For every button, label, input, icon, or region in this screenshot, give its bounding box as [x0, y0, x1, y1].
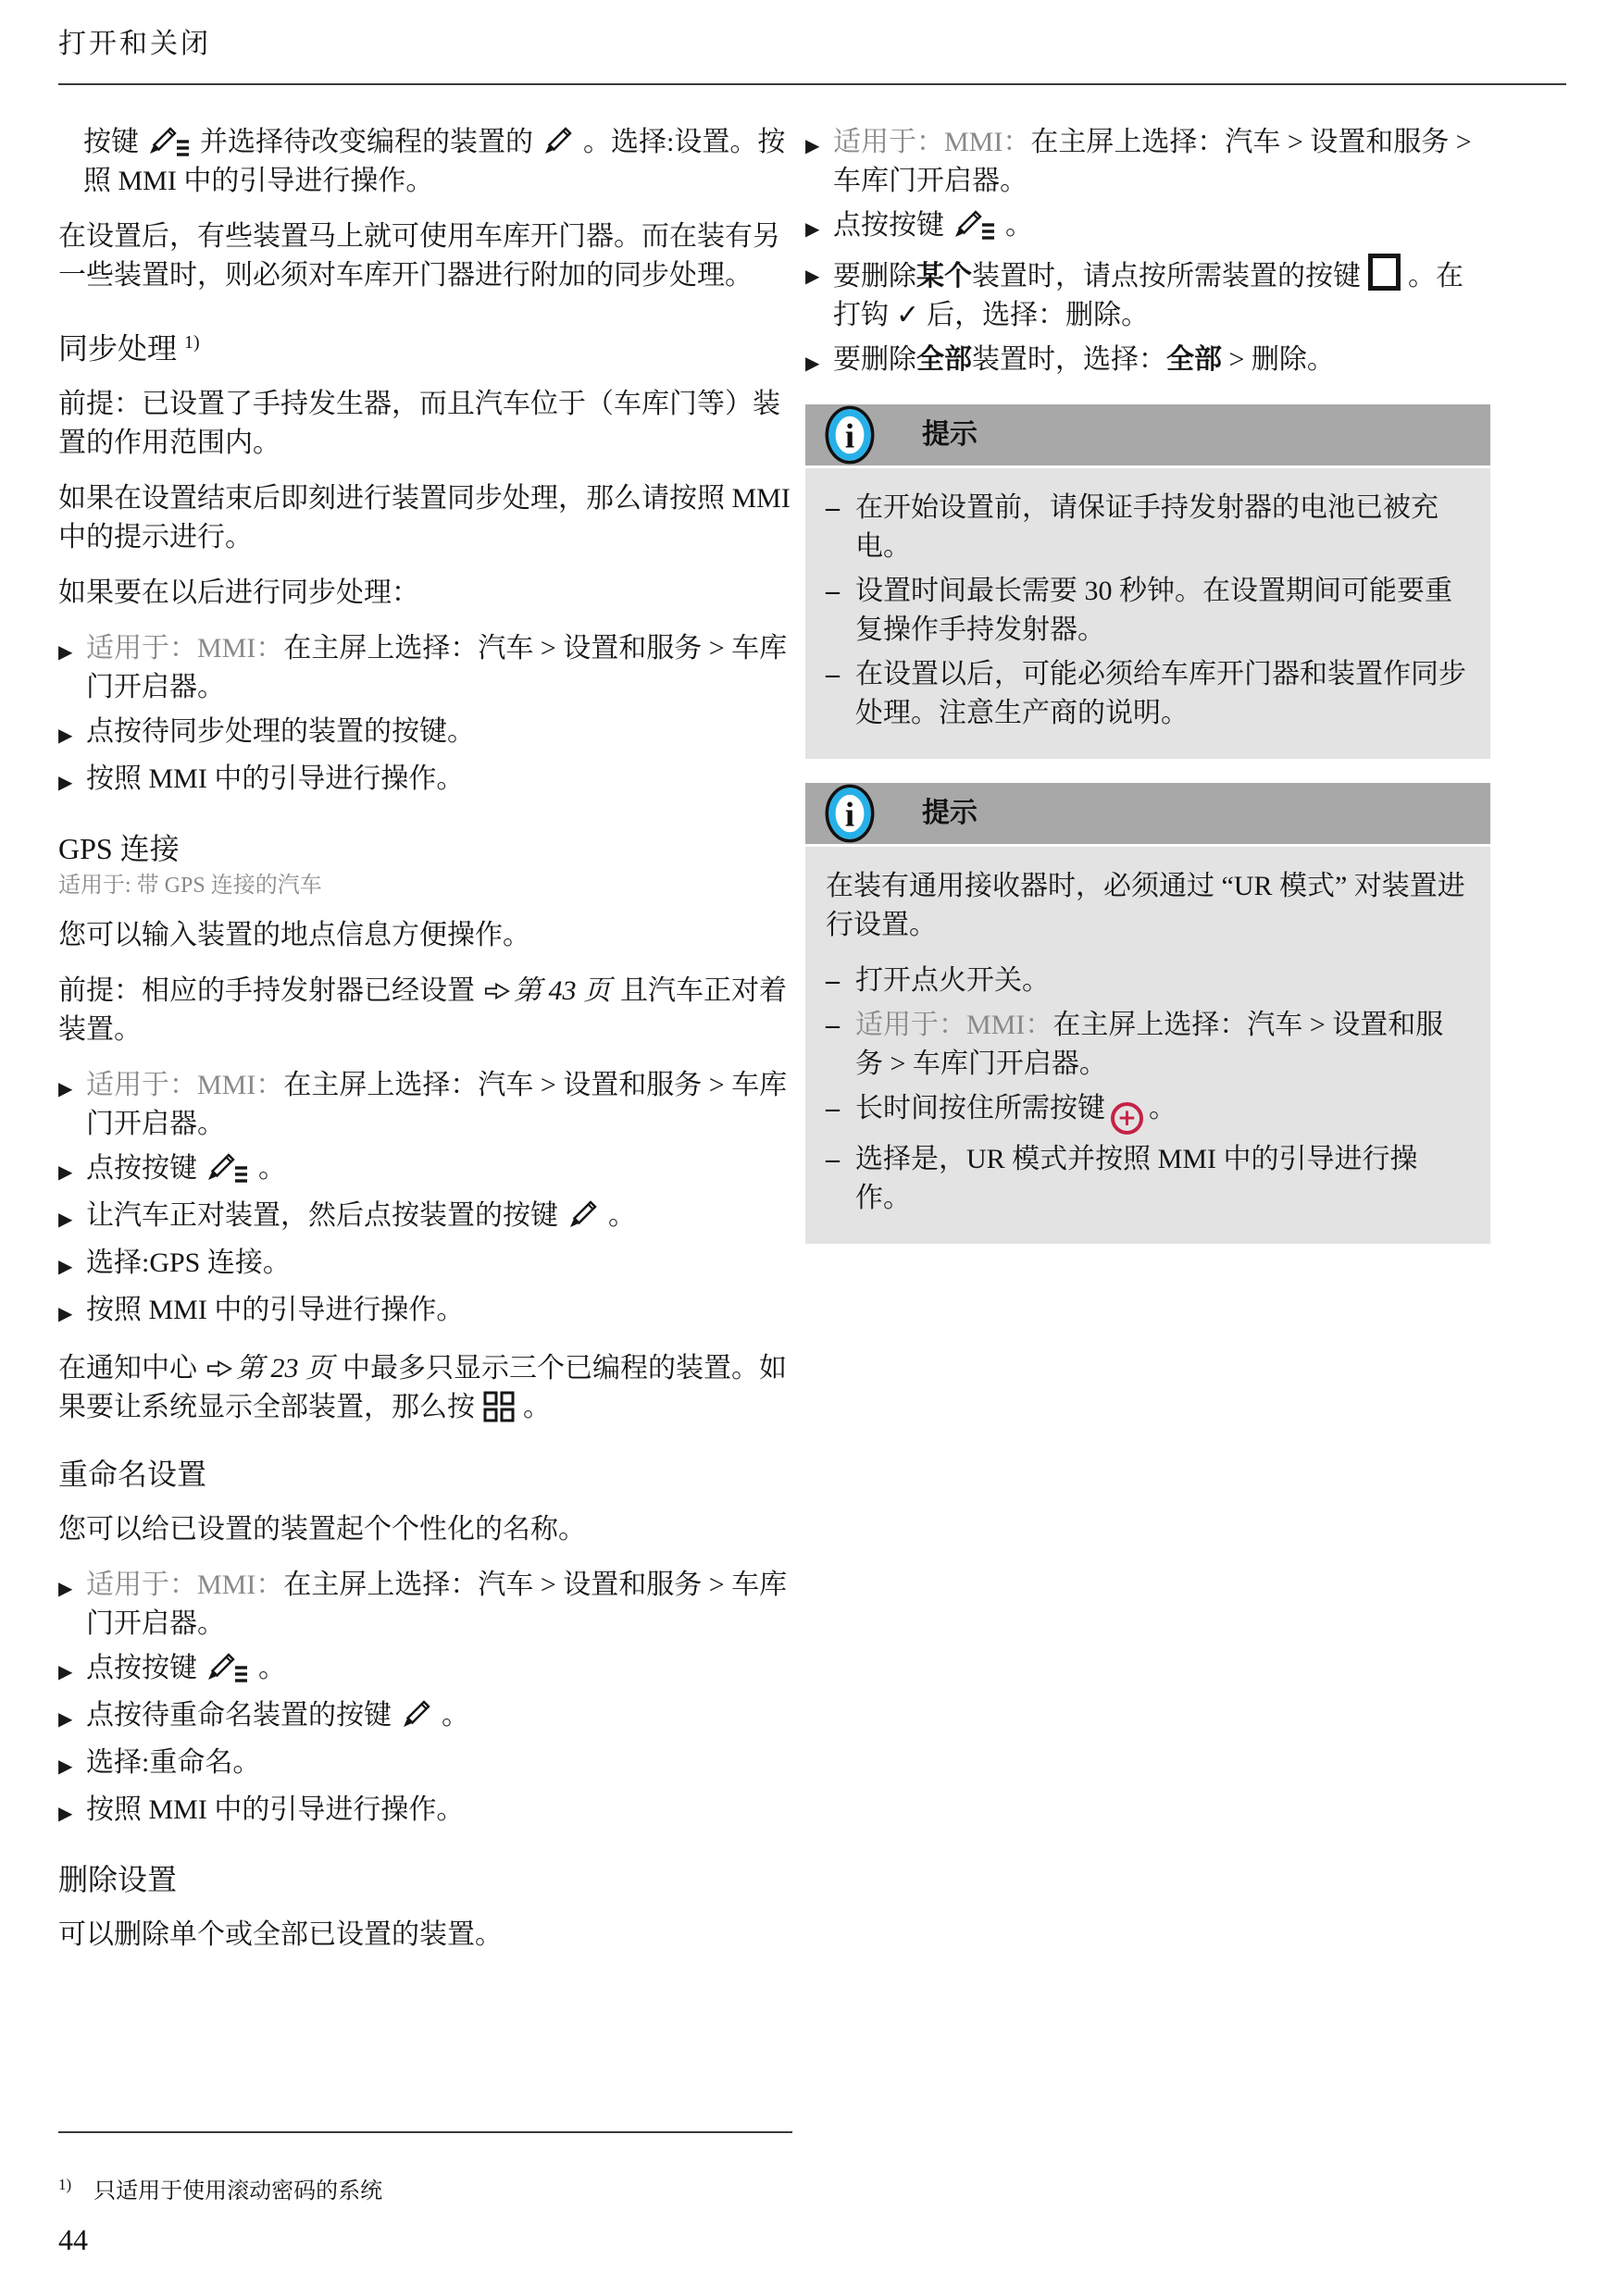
list-item-text: 要删除全部装置时，选择：全部 > 删除。: [833, 341, 1490, 382]
list-item-text: 点按待同步处理的装置的按键。: [86, 713, 791, 754]
running-header: 打开和关闭: [58, 20, 211, 61]
paragraph: 前提：相应的手持发射器已经设置第 43 页且汽车正对着装置。: [58, 972, 791, 1049]
info-icon: i: [824, 405, 876, 465]
text: 可以删除单个或全部已设置的装置。: [58, 1919, 503, 1950]
list-item: ▶ 适用于：MMI：在主屏上选择：汽车 > 设置和服务 > 车库门开启器。: [58, 1066, 791, 1144]
triangle-bullet-icon: ▶: [58, 1149, 86, 1191]
pencil-icon: [399, 1696, 434, 1731]
text: 。: [258, 1653, 286, 1683]
svg-text:i: i: [845, 796, 854, 834]
bullet-list-rename: ▶ 适用于：MMI：在主屏上选择：汽车 > 设置和服务 > 车库门开启器。 ▶ …: [58, 1566, 791, 1832]
triangle-bullet-icon: ▶: [805, 254, 833, 335]
text: 点按按键: [86, 1653, 197, 1683]
text: 。: [258, 1153, 286, 1184]
list-item: ▶ 要删除某个装置时，请点按所需装置的按键。在打钩✓后，选择：删除。: [805, 254, 1490, 335]
page-reference: 第 23 页: [206, 1353, 333, 1384]
footnote-rule: [58, 2131, 792, 2133]
pencil-icon: [541, 123, 576, 158]
page-title: 打开和关闭: [58, 29, 211, 59]
list-item: ▶ 点按按键。: [58, 1649, 791, 1691]
triangle-bullet-icon: ▶: [58, 1291, 86, 1333]
note-item-text: 在开始设置前，请保证手持发射器的电池已被充电。: [855, 489, 1466, 566]
note-intro: 在装有通用接收器时，必须通过 “UR 模式” 对装置进行设置。: [826, 867, 1466, 945]
note-box-1: i 提示 – 在开始设置前，请保证手持发射器的电池已被充电。 – 设置时间最长需…: [805, 404, 1490, 759]
paragraph: 可以删除单个或全部已设置的装置。: [58, 1916, 791, 1955]
page-ref-text: 第 43 页: [514, 975, 611, 1006]
note-item: – 在开始设置前，请保证手持发射器的电池已被充电。: [826, 489, 1466, 566]
paragraph: 前提：已设置了手持发生器，而且汽车位于（车库门等）装置的作用范围内。: [58, 385, 791, 463]
pencil-list-icon: [952, 206, 998, 242]
list-item-text: 点按按键。: [86, 1649, 791, 1691]
list-item: ▶ 按照 MMI 中的引导进行操作。: [58, 760, 791, 801]
dash-marker: –: [826, 655, 855, 733]
triangle-bullet-icon: ▶: [805, 123, 833, 201]
triangle-bullet-icon: ▶: [805, 206, 833, 248]
note-box-2: i 提示 在装有通用接收器时，必须通过 “UR 模式” 对装置进行设置。 – 打…: [805, 783, 1490, 1244]
triangle-bullet-icon: ▶: [58, 1566, 86, 1644]
list-item: ▶ 点按按键。: [58, 1149, 791, 1191]
bullet-list-sync: ▶ 适用于：MMI：在主屏上选择：汽车 > 设置和服务 > 车库门开启器。 ▶ …: [58, 629, 791, 801]
applies-label: 适用于：MMI：: [855, 1010, 1052, 1040]
check-icon: ✓: [896, 299, 919, 331]
text: 点按待重命名装置的按键: [86, 1700, 392, 1731]
heading-text: 同步处理: [58, 332, 177, 366]
delete-checkbox-icon: [1368, 254, 1401, 291]
note-body: – 在开始设置前，请保证手持发射器的电池已被充电。 – 设置时间最长需要 30 …: [805, 468, 1490, 759]
note-item: – 长时间按住所需按键+。: [826, 1089, 1466, 1135]
text: 。: [1005, 210, 1033, 241]
note-body: 在装有通用接收器时，必须通过 “UR 模式” 对装置进行设置。 – 打开点火开关…: [805, 847, 1490, 1244]
list-item-text: 选择:GPS 连接。: [86, 1244, 791, 1285]
applies-label: 适用于：MMI：: [86, 1070, 283, 1100]
page-ref-arrow-icon: [484, 980, 510, 1002]
plus-glyph: +: [1117, 1098, 1137, 1137]
paragraph: 您可以给已设置的装置起个个性化的名称。: [58, 1510, 791, 1549]
text: 并选择待改变编程的装置的: [200, 127, 533, 157]
dash-marker: –: [826, 1006, 855, 1084]
text: 前提：已设置了手持发生器，而且汽车位于（车库门等）装置的作用范围内。: [58, 389, 780, 458]
manual-page: 打开和关闭 按键并选择待改变编程的装置的。选择:设置。按照 MMI 中的引导进行…: [0, 0, 1619, 2296]
paragraph: 您可以输入装置的地点信息方便操作。: [58, 916, 791, 955]
list-item: ▶ 按照 MMI 中的引导进行操作。: [58, 1791, 791, 1832]
pencil-list-icon: [205, 1649, 251, 1684]
note-title: 提示: [922, 416, 978, 454]
text: 让汽车正对装置，然后点按装置的按键: [86, 1200, 558, 1231]
note-item-text: 选择是，UR 模式并按照 MMI 中的引导进行操作。: [855, 1140, 1466, 1218]
list-item-text: 要删除某个装置时，请点按所需装置的按键。在打钩✓后，选择：删除。: [833, 254, 1490, 335]
list-item: ▶ 适用于：MMI：在主屏上选择：汽车 > 设置和服务 > 车库门开启器。: [58, 1566, 791, 1644]
text: 长时间按住所需按键: [855, 1093, 1105, 1123]
text: 按键: [83, 127, 139, 157]
list-item-text: 适用于：MMI：在主屏上选择：汽车 > 设置和服务 > 车库门开启器。: [86, 1066, 791, 1144]
note-item-text: 适用于：MMI：在主屏上选择：汽车 > 设置和服务 > 车库门开启器。: [855, 1006, 1466, 1084]
emphasis-text: 全部: [1166, 344, 1222, 375]
note-item-text: 在设置以后，可能必须给车库开门器和装置作同步处理。注意生产商的说明。: [855, 655, 1466, 733]
list-item-text: 按照 MMI 中的引导进行操作。: [86, 760, 791, 801]
emphasis-text: 某个: [916, 261, 972, 292]
note-item-text: 设置时间最长需要 30 秒钟。在设置期间可能要重复操作手持发射器。: [855, 572, 1466, 650]
triangle-bullet-icon: ▶: [58, 629, 86, 707]
dash-marker: –: [826, 962, 855, 1000]
note-item: – 选择是，UR 模式并按照 MMI 中的引导进行操作。: [826, 1140, 1466, 1218]
triangle-bullet-icon: ▶: [58, 1244, 86, 1285]
pencil-list-icon: [205, 1149, 251, 1185]
list-item: ▶ 按照 MMI 中的引导进行操作。: [58, 1291, 791, 1333]
pencil-list-icon: [146, 123, 193, 158]
note-header: i 提示: [805, 404, 1490, 465]
paragraph: 在设置后，有些装置马上就可使用车库开门器。而在装有另一些装置时，则必须对车库开门…: [58, 217, 791, 295]
plus-circle-icon: +: [1111, 1102, 1143, 1135]
note-item: – 打开点火开关。: [826, 962, 1466, 1000]
triangle-bullet-icon: ▶: [58, 760, 86, 801]
grid-all-icon: [482, 1390, 516, 1423]
page-ref-text: 第 23 页: [236, 1353, 333, 1384]
text: 。: [523, 1392, 551, 1422]
text: 。: [608, 1200, 636, 1231]
heading-text: 删除设置: [58, 1863, 177, 1896]
paragraph: 如果要在以后进行同步处理：: [58, 574, 791, 613]
section-heading-sync: 同步处理 1): [58, 323, 791, 368]
section-heading-gps: GPS 连接: [58, 829, 791, 868]
info-icon: i: [824, 784, 876, 843]
note-item-text: 打开点火开关。: [855, 962, 1466, 1000]
text: 点按按键: [833, 210, 944, 241]
paragraph: 如果在设置结束后即刻进行装置同步处理，那么请按照 MMI 中的提示进行。: [58, 479, 791, 557]
text: 如果要在以后进行同步处理：: [58, 577, 419, 608]
page-number: 44: [58, 2223, 88, 2257]
page-reference: 第 43 页: [484, 975, 611, 1006]
text: 后，选择：删除。: [927, 300, 1149, 330]
section-heading-rename: 重命名设置: [58, 1455, 791, 1494]
triangle-bullet-icon: ▶: [58, 713, 86, 754]
section-heading-delete: 删除设置: [58, 1860, 791, 1899]
note-title: 提示: [922, 794, 978, 833]
list-item-text: 适用于：MMI：在主屏上选择：汽车 > 设置和服务 > 车库门开启器。: [86, 1566, 791, 1644]
text: 要删除: [833, 344, 916, 375]
text: 您可以输入装置的地点信息方便操作。: [58, 920, 530, 950]
list-item-text: 点按按键。: [833, 206, 1490, 248]
text: 要删除: [833, 261, 916, 292]
list-item-text: 按照 MMI 中的引导进行操作。: [86, 1291, 791, 1333]
list-item-text: 选择:重命名。: [86, 1744, 791, 1785]
list-item-text: 点按按键。: [86, 1149, 791, 1191]
list-item-text: 让汽车正对装置，然后点按装置的按键。: [86, 1197, 791, 1238]
footnote-marker: 1): [58, 2176, 71, 2193]
text: 在设置后，有些装置马上就可使用车库开门器。而在装有另一些装置时，则必须对车库开门…: [58, 221, 780, 291]
bullet-list-gps: ▶ 适用于：MMI：在主屏上选择：汽车 > 设置和服务 > 车库门开启器。 ▶ …: [58, 1066, 791, 1333]
text: 前提：相应的手持发射器已经设置: [58, 975, 475, 1006]
list-item: ▶ 适用于：MMI：在主屏上选择：汽车 > 设置和服务 > 车库门开启器。: [805, 123, 1490, 201]
right-column: ▶ 适用于：MMI：在主屏上选择：汽车 > 设置和服务 > 车库门开启器。 ▶ …: [805, 123, 1490, 1268]
triangle-bullet-icon: ▶: [58, 1791, 86, 1832]
text: 装置时，请点按所需装置的按键: [972, 261, 1361, 292]
list-item: ▶ 点按按键。: [805, 206, 1490, 248]
page-ref-arrow-icon: [206, 1358, 232, 1380]
triangle-bullet-icon: ▶: [58, 1696, 86, 1738]
list-item-text: 适用于：MMI：在主屏上选择：汽车 > 设置和服务 > 车库门开启器。: [86, 629, 791, 707]
applies-label: 适用于：MMI：: [86, 633, 283, 664]
text: 点按按键: [86, 1153, 197, 1184]
list-item-text: 适用于：MMI：在主屏上选择：汽车 > 设置和服务 > 车库门开启器。: [833, 123, 1490, 201]
footnote-text: 只适用于使用滚动密码的系统: [93, 2179, 382, 2203]
note-item: – 在设置以后，可能必须给车库开门器和装置作同步处理。注意生产商的说明。: [826, 655, 1466, 733]
pencil-icon: [566, 1197, 601, 1232]
list-item: ▶ 点按待同步处理的装置的按键。: [58, 713, 791, 754]
applies-label: 适用于：MMI：: [833, 127, 1030, 157]
dash-marker: –: [826, 1140, 855, 1218]
list-item: ▶ 让汽车正对装置，然后点按装置的按键。: [58, 1197, 791, 1238]
heading-text: 重命名设置: [58, 1458, 206, 1491]
triangle-bullet-icon: ▶: [58, 1197, 86, 1238]
svg-text:i: i: [845, 417, 854, 455]
paragraph-continued: 按键并选择待改变编程的装置的。选择:设置。按照 MMI 中的引导进行操作。: [58, 123, 791, 201]
header-rule: [58, 83, 1566, 85]
text: 。: [442, 1700, 469, 1731]
list-item-text: 按照 MMI 中的引导进行操作。: [86, 1791, 791, 1832]
triangle-bullet-icon: ▶: [58, 1066, 86, 1144]
text: 在通知中心: [58, 1353, 197, 1384]
bullet-list-delete: ▶ 适用于：MMI：在主屏上选择：汽车 > 设置和服务 > 车库门开启器。 ▶ …: [805, 123, 1490, 382]
dash-marker: –: [826, 1089, 855, 1135]
dash-marker: –: [826, 489, 855, 566]
emphasis-text: 全部: [916, 344, 972, 375]
heading-text: GPS 连接: [58, 832, 180, 865]
list-item: ▶ 点按待重命名装置的按键。: [58, 1696, 791, 1738]
dash-marker: –: [826, 572, 855, 650]
list-item: ▶ 选择:GPS 连接。: [58, 1244, 791, 1285]
footnote: 1)只适用于使用滚动密码的系统: [58, 2171, 382, 2205]
paragraph: 在通知中心第 23 页中最多只显示三个已编程的装置。如果要让系统显示全部装置，那…: [58, 1349, 791, 1427]
applies-label: 适用于：MMI：: [86, 1570, 283, 1600]
text: 如果在设置结束后即刻进行装置同步处理，那么请按照 MMI 中的提示进行。: [58, 483, 791, 552]
triangle-bullet-icon: ▶: [58, 1744, 86, 1785]
text: 您可以给已设置的装置起个个性化的名称。: [58, 1514, 586, 1545]
note-item: – 设置时间最长需要 30 秒钟。在设置期间可能要重复操作手持发射器。: [826, 572, 1466, 650]
text: > 删除。: [1222, 344, 1335, 375]
list-item: ▶ 选择:重命名。: [58, 1744, 791, 1785]
text: 装置时，选择：: [972, 344, 1166, 375]
list-item: ▶ 适用于：MMI：在主屏上选择：汽车 > 设置和服务 > 车库门开启器。: [58, 629, 791, 707]
note-item: – 适用于：MMI：在主屏上选择：汽车 > 设置和服务 > 车库门开启器。: [826, 1006, 1466, 1084]
left-column: 按键并选择待改变编程的装置的。选择:设置。按照 MMI 中的引导进行操作。 在设…: [58, 123, 791, 1971]
list-item: ▶ 要删除全部装置时，选择：全部 > 删除。: [805, 341, 1490, 382]
triangle-bullet-icon: ▶: [805, 341, 833, 382]
note-item-text: 长时间按住所需按键+。: [855, 1089, 1466, 1135]
note-header: i 提示: [805, 783, 1490, 844]
list-item-text: 点按待重命名装置的按键。: [86, 1696, 791, 1738]
text: 。: [1149, 1093, 1177, 1123]
footnote-ref: 1): [184, 332, 200, 353]
triangle-bullet-icon: ▶: [58, 1649, 86, 1691]
applies-note: 适用于: 带 GPS 连接的汽车: [58, 872, 791, 900]
